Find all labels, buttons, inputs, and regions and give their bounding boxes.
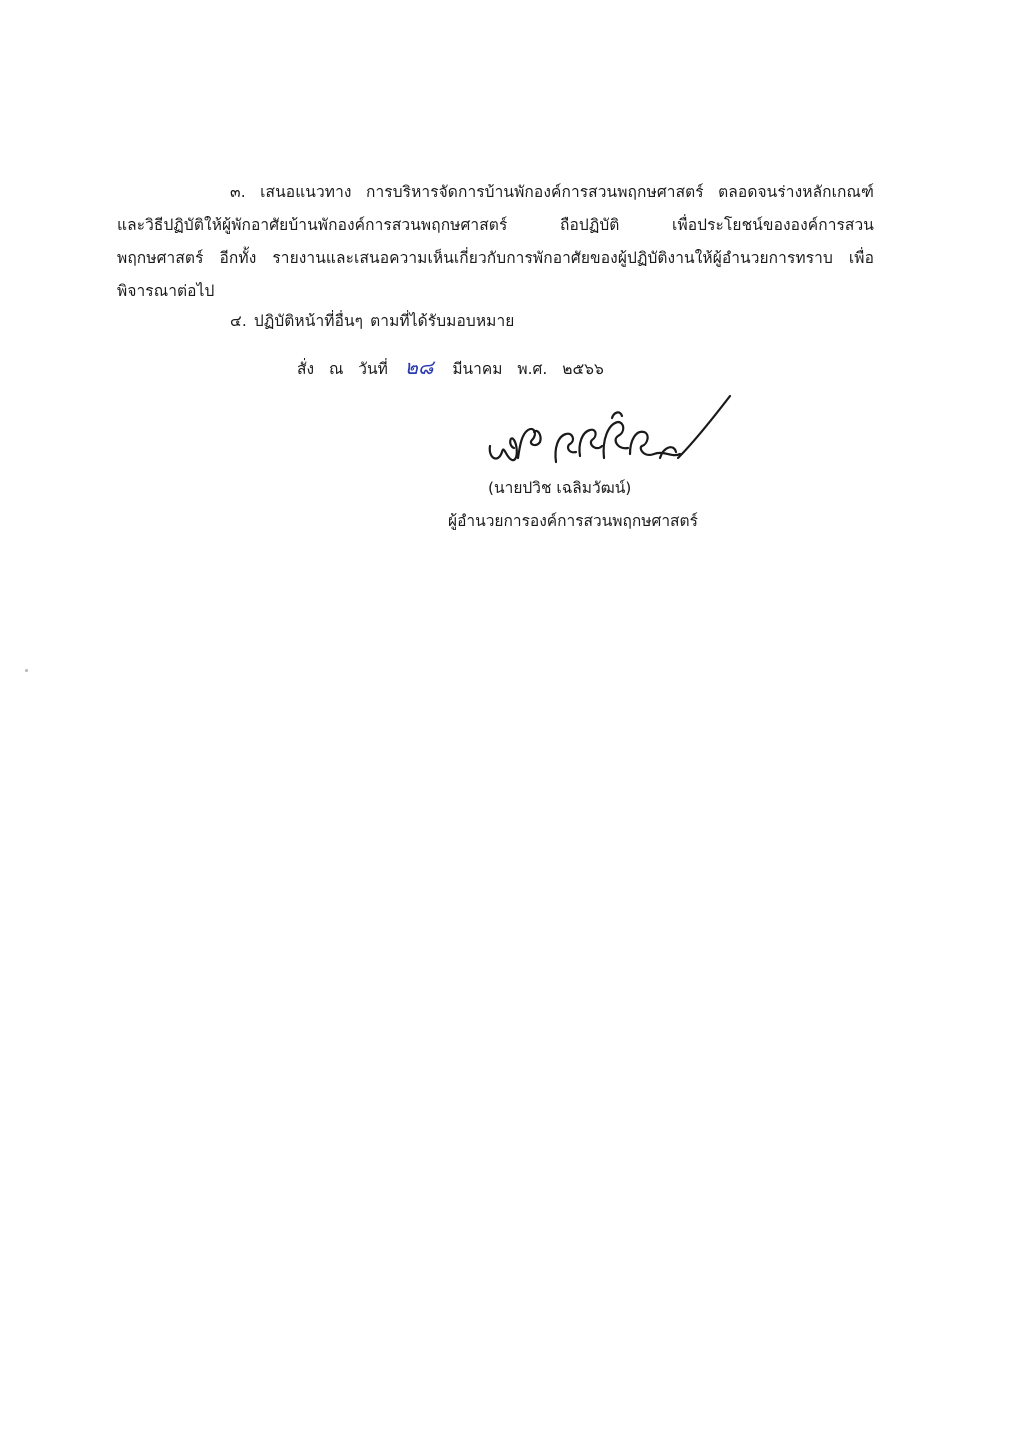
paragraph-line: พฤกษศาสตร์ อีกทั้ง รายงานและเสนอความเห็น…: [117, 242, 874, 275]
order-year: ๒๕๖๖: [562, 354, 604, 384]
paragraph-line: ๓. เสนอแนวทาง การบริหารจัดการบ้านพักองค์…: [117, 176, 874, 209]
order-at: ณ: [329, 354, 343, 384]
order-day-label: วันที่: [358, 354, 388, 384]
order-prefix: สั่ง: [297, 354, 314, 384]
paragraph-text: ๔. ปฏิบัติหน้าที่อื่นๆ ตามที่ได้รับมอบหม…: [230, 312, 514, 330]
signer-title: ผู้อำนวยการองค์การสวนพฤกษศาสตร์: [448, 508, 698, 534]
signature-icon: [484, 388, 744, 474]
paragraph-item-3: ๓. เสนอแนวทาง การบริหารจัดการบ้านพักองค์…: [117, 176, 874, 308]
order-date-line: สั่ง ณ วันที่ ๒๘ มีนาคม พ.ศ. ๒๕๖๖: [297, 352, 604, 384]
paragraph-item-4: ๔. ปฏิบัติหน้าที่อื่นๆ ตามที่ได้รับมอบหม…: [230, 306, 987, 336]
document-page: ๓. เสนอแนวทาง การบริหารจัดการบ้านพักองค์…: [0, 0, 1013, 1433]
order-era: พ.ศ.: [517, 354, 547, 384]
signer-name: (นายปวิช เฉลิมวัฒน์): [488, 475, 631, 501]
handwritten-day: ๒๘: [405, 352, 434, 382]
order-month: มีนาคม: [452, 354, 502, 384]
scan-artifact: [25, 669, 28, 672]
paragraph-line: พิจารณาต่อไป: [117, 275, 874, 308]
paragraph-line: และวิธีปฏิบัติให้ผู้พักอาศัยบ้านพักองค์ก…: [117, 209, 874, 242]
